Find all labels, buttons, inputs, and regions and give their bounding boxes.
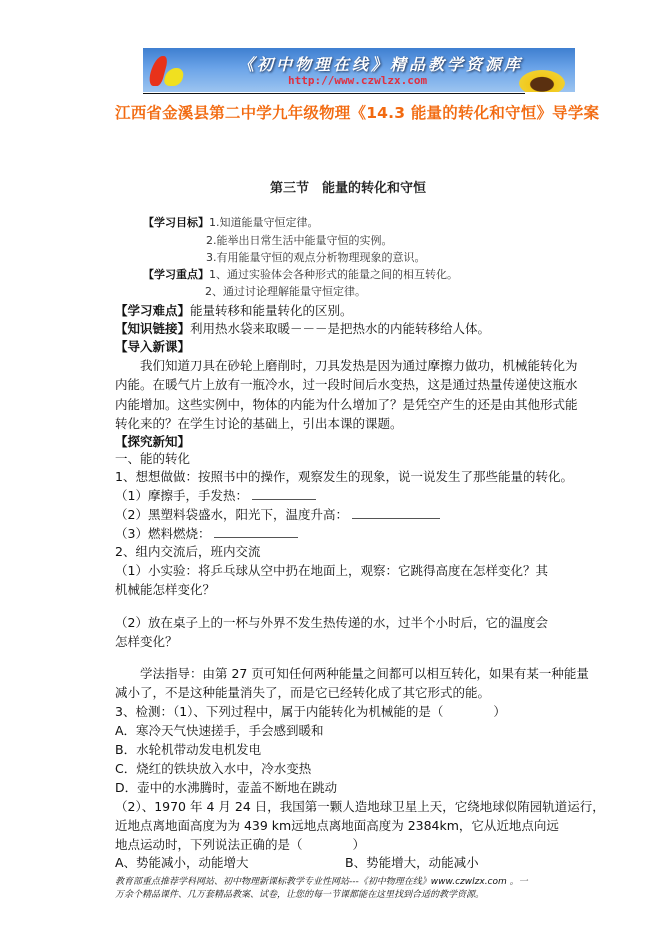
q1-item-text: （2）黑塑料袋盛水，阳光下，温度升高：: [115, 507, 348, 522]
answer-blank[interactable]: [352, 507, 440, 519]
header-divider: [143, 93, 525, 94]
footer-line: 万余个精品课件、几万套精品教案、试卷，让您的每一节课都能在这里找到合适的教学资源…: [115, 887, 484, 900]
footer-line: 教育部重点推荐学科网站、初中物理新课标教学专业性网站---《初中物理在线》www…: [115, 874, 528, 887]
goals-row-1: 【学习目标】1.知道能量守恒定律。: [143, 214, 319, 230]
part1-title: 一、能的转化: [115, 449, 190, 467]
guide-line: 学法指导：由第 27 页可知任何两种能量之间都可以相互转化，如果有某一种能量: [140, 664, 589, 682]
q3-2-line: 地点运动时，下列说法正确的是（ ）: [115, 835, 365, 853]
q2-2-line: 怎样变化？: [115, 632, 178, 650]
question-1: 1、想想做做：按照书中的操作，观察发生的现象，说一说发生了那些能量的转化。: [115, 467, 573, 485]
answer-blank[interactable]: [252, 488, 316, 500]
answer-blank[interactable]: [214, 526, 298, 538]
question-2: 2、组内交流后，班内交流: [115, 542, 260, 560]
intro-label: 【导入新课】: [115, 337, 190, 355]
section-title: 第三节 能量的转化和守恒: [270, 177, 426, 196]
q1-item-text: （3）燃料燃烧：: [115, 526, 210, 541]
q3-option-b: B．水轮机带动发电机发电: [115, 740, 261, 758]
knowledge-link-text: 利用热水袋来取暖－－－是把热水的内能转移给人体。: [190, 321, 490, 336]
q3-option-c: C．烧红的铁块放入水中，冷水变热: [115, 759, 311, 777]
difficulty-label: 【学习难点】: [115, 303, 190, 318]
keypoint-item: 1、通过实验体会各种形式的能量之间的相互转化。: [209, 268, 458, 281]
keypoints-label: 【学习重点】: [143, 268, 209, 281]
question-3: 3、检测：（1）、下列过程中，属于内能转化为机械能的是（ ）: [115, 702, 506, 720]
q1-item-1: （1）摩擦手，手发热：: [115, 486, 316, 504]
explore-label: 【探究新知】: [115, 432, 190, 450]
q3-2-option-b: B、势能增大，动能减小: [345, 853, 479, 871]
guide-line: 减小了，不是这种能量消失了，而是它已经转化成了其它形式的能。: [115, 683, 490, 701]
q3-2-option-a: A、势能减小，动能增大: [115, 853, 249, 871]
document-title: 江西省金溪县第二中学九年级物理《14.3 能量的转化和守恒》导学案: [115, 101, 599, 123]
intro-line: 我们知道刀具在砂轮上磨削时，刀具发热是因为通过摩擦力做功，机械能转化为: [140, 356, 578, 374]
goal-item: 2.能举出日常生活中能量守恒的实例。: [206, 232, 393, 248]
intro-line: 内能增加。这些实例中，物体的内能为什么增加了？是凭空产生的还是由其他形式能: [115, 395, 578, 413]
keypoint-item: 2、通过讨论理解能量守恒定律。: [205, 283, 366, 299]
goal-item: 1.知道能量守恒定律。: [209, 216, 319, 229]
q3-option-a: A．寒冷天气快速搓手，手会感到暖和: [115, 721, 324, 739]
site-banner: 《初中物理在线》精品教学资源库 http://www.czwlzx.com: [143, 48, 575, 92]
sunflower-icon: [519, 70, 565, 92]
q2-1-line: （1）小实验：将乒乓球从空中扔在地面上，观察：它跳得高度在怎样变化？其: [115, 561, 548, 579]
knowledge-link-row: 【知识链接】利用热水袋来取暖－－－是把热水的内能转移给人体。: [115, 319, 490, 337]
q2-2-line: （2）放在桌子上的一杯与外界不发生热传递的水，过半个小时后，它的温度会: [115, 613, 548, 631]
goals-label: 【学习目标】: [143, 216, 209, 229]
q2-1-line: 机械能怎样变化？: [115, 580, 215, 598]
q3-option-d: D．壶中的水沸腾时，壶盖不断地在跳动: [115, 778, 337, 796]
intro-line: 内能。在暖气片上放有一瓶冷水，过一段时间后水变热，这是通过热量传递使这瓶水: [115, 375, 578, 393]
difficulty-row: 【学习难点】能量转移和能量转化的区别。: [115, 301, 353, 319]
q1-item-3: （3）燃料燃烧：: [115, 524, 298, 542]
logo-accent-icon: [163, 68, 186, 86]
knowledge-link-label: 【知识链接】: [115, 321, 190, 336]
keypoints-row-1: 【学习重点】1、通过实验体会各种形式的能量之间的相互转化。: [143, 266, 458, 282]
q1-item-text: （1）摩擦手，手发热：: [115, 488, 248, 503]
q3-2-line: （2）、1970 年 4 月 24 日，我国第一颗人造地球卫星上天，它绕地球似陏…: [115, 797, 605, 815]
banner-url[interactable]: http://www.czwlzx.com: [288, 74, 427, 87]
goal-item: 3.有用能量守恒的观点分析物理现象的意识。: [206, 249, 426, 265]
banner-title: 《初中物理在线》精品教学资源库: [238, 52, 523, 75]
q1-item-2: （2）黑塑料袋盛水，阳光下，温度升高：: [115, 505, 440, 523]
intro-line: 转化来的？在学生讨论的基础上，引出本课的课题。: [115, 414, 403, 432]
difficulty-text: 能量转移和能量转化的区别。: [190, 303, 353, 318]
q3-2-line: 近地点离地面高度为为 439 km远地点离地面高度为 2384km，它从近地点向…: [115, 816, 559, 834]
